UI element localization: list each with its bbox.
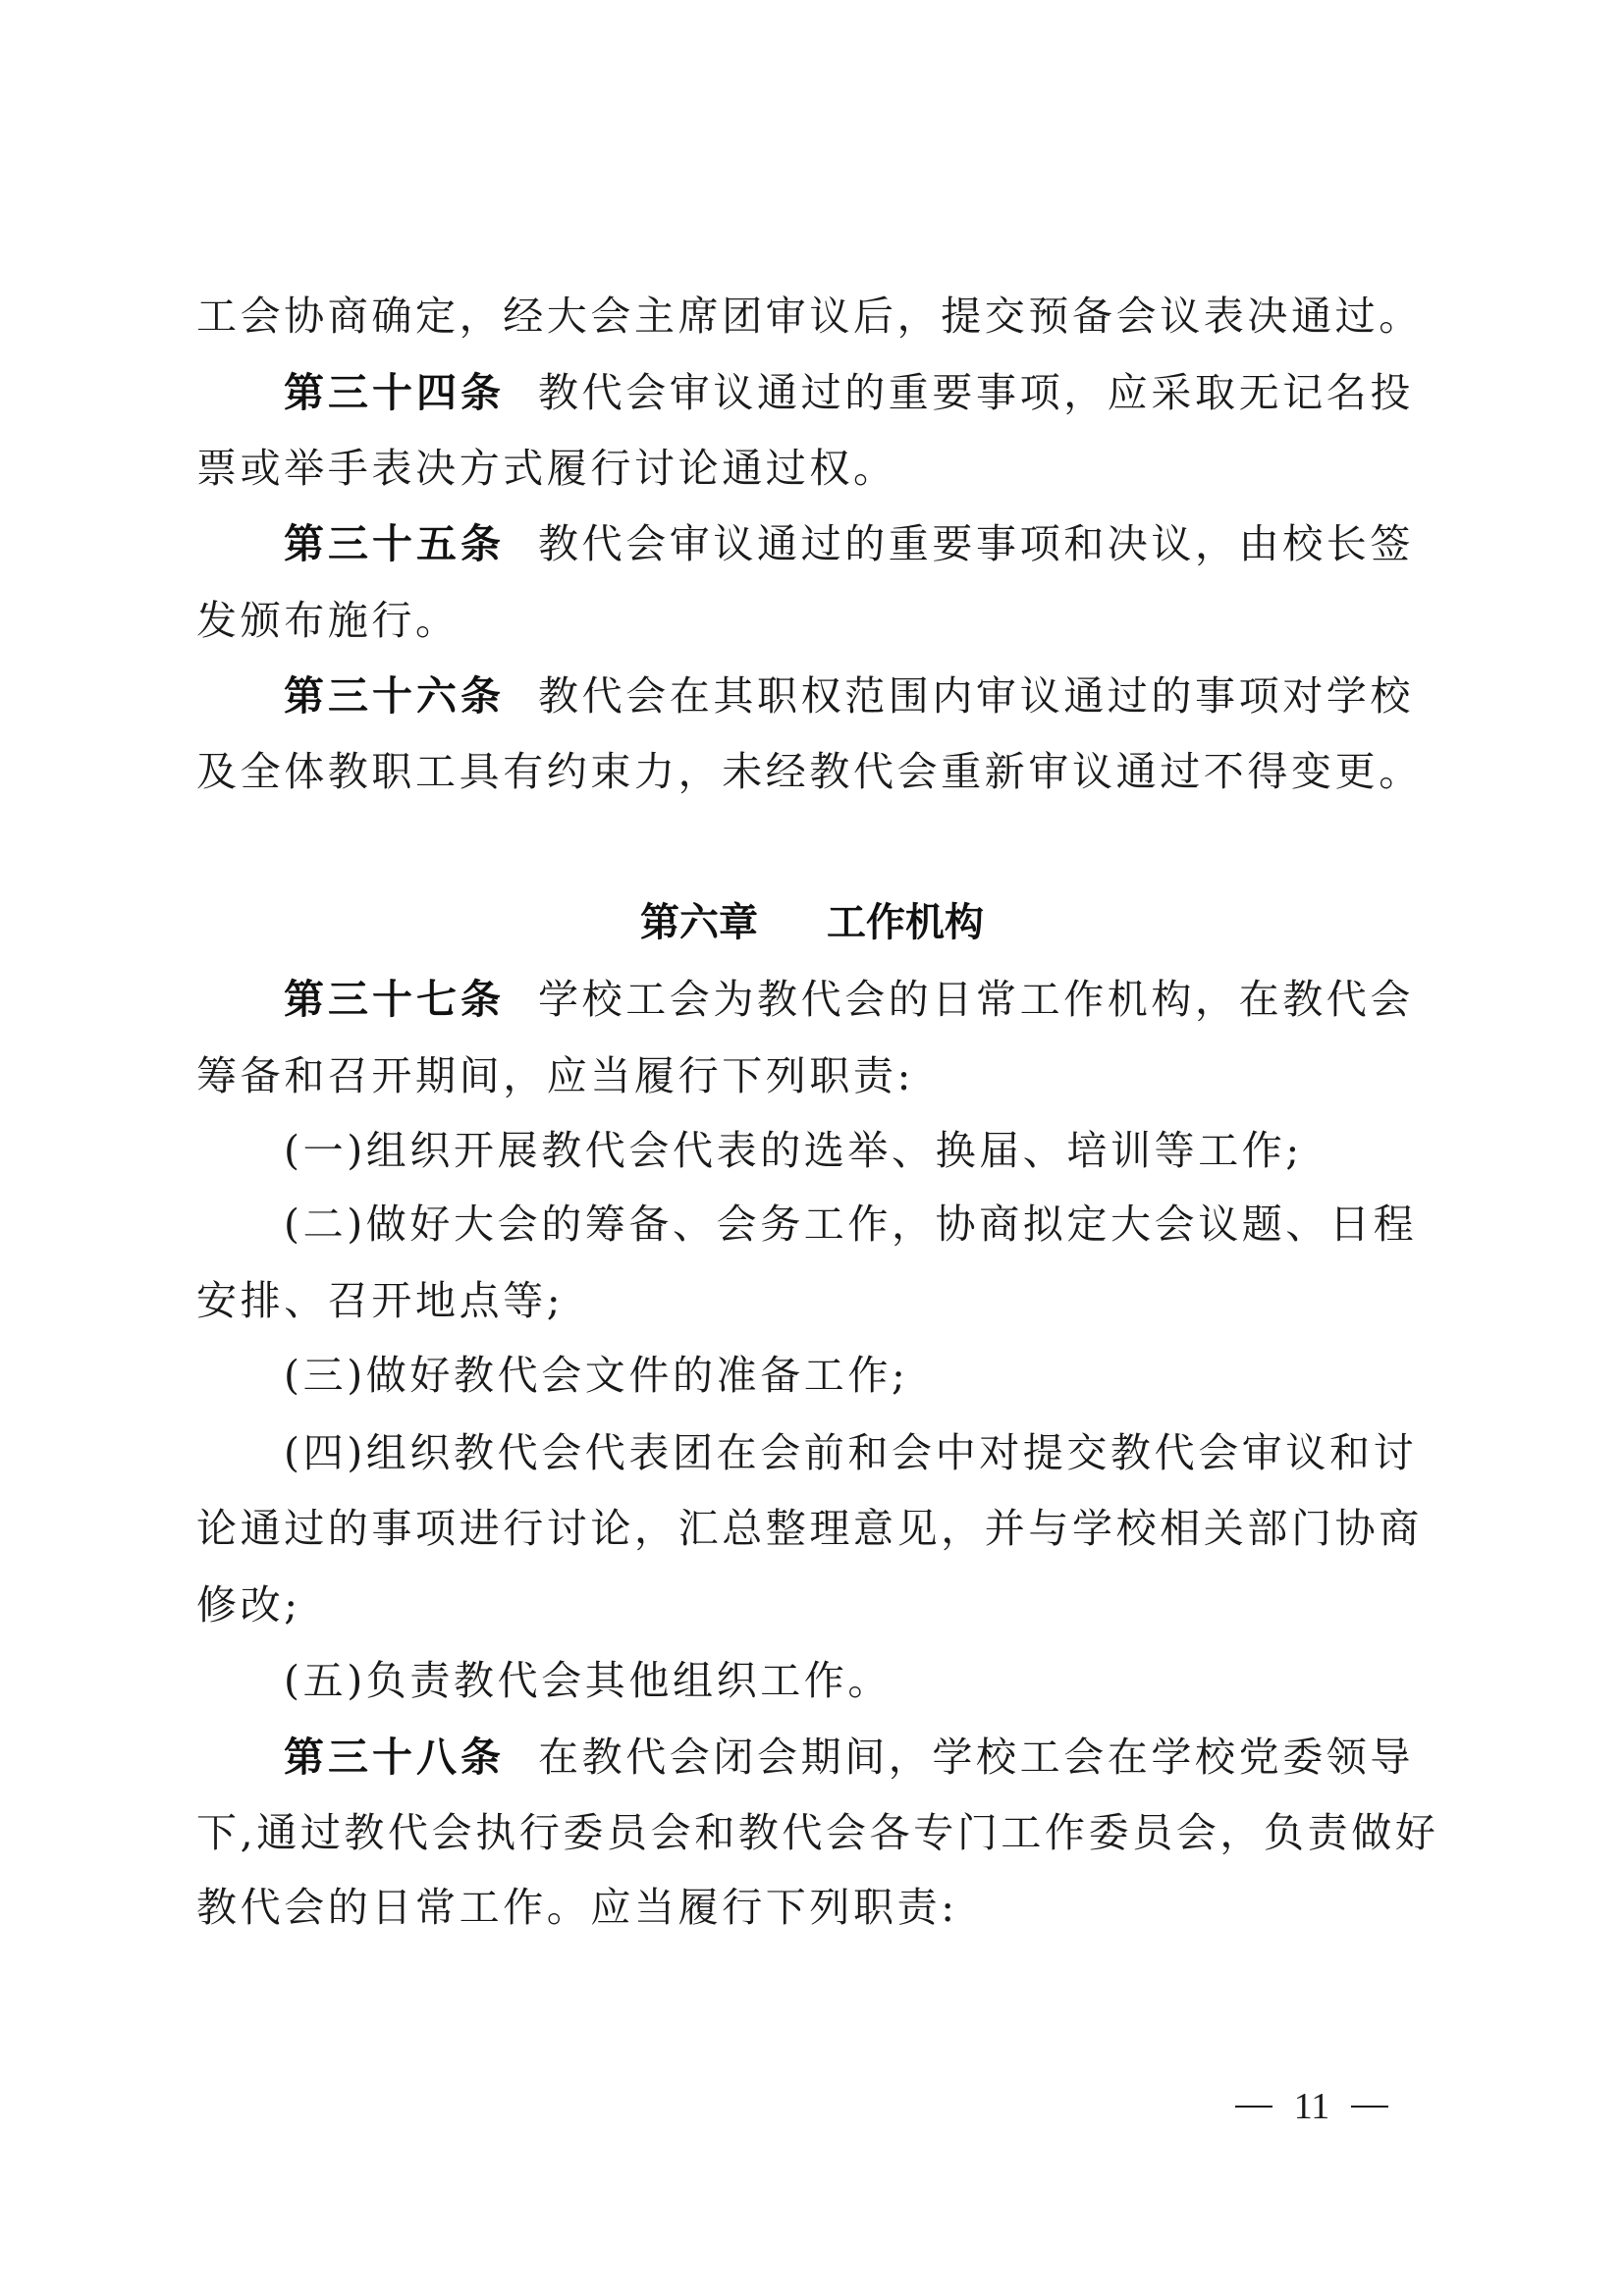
- line-text: 发颁布施行。: [196, 597, 460, 644]
- paragraph-line: 工会协商确定，经大会主席团审议后，提交预备会议表决通过。: [196, 289, 1434, 344]
- article-35-line: 第三十五条教代会审议通过的重要事项和决议，由校长签: [284, 516, 1521, 571]
- page-number-text: 11: [1294, 2085, 1330, 2128]
- line-text: (二)做好大会的筹备、会务工作，协商拟定大会议题、日程: [284, 1201, 1417, 1248]
- line-text: 论通过的事项进行讨论，汇总整理意见，并与学校相关部门协商: [196, 1505, 1423, 1552]
- dash-right: [1351, 2106, 1388, 2108]
- paragraph-line: 及全体教职工具有约束力，未经教代会重新审议通过不得变更。: [196, 744, 1434, 799]
- chapter-title: 工作机构: [827, 895, 984, 950]
- line-text: (四)组织教代会代表团在会前和会中对提交教代会审议和讨: [284, 1429, 1417, 1476]
- list-item: (二)做好大会的筹备、会务工作，协商拟定大会议题、日程: [284, 1197, 1521, 1252]
- line-text: 学校工会为教代会的日常工作机构，在教代会: [538, 976, 1414, 1023]
- line-text: 工会协商确定，经大会主席团审议后，提交预备会议表决通过。: [196, 293, 1423, 340]
- list-item: (五)负责教代会其他组织工作。: [284, 1653, 1521, 1708]
- line-text: 及全体教职工具有约束力，未经教代会重新审议通过不得变更。: [196, 748, 1423, 795]
- paragraph-line: 教代会的日常工作。应当履行下列职责:: [196, 1880, 1434, 1935]
- line-text: 教代会的日常工作。应当履行下列职责:: [196, 1884, 958, 1931]
- paragraph-line: 论通过的事项进行讨论，汇总整理意见，并与学校相关部门协商: [196, 1501, 1434, 1556]
- line-text: 教代会审议通过的重要事项和决议，由校长签: [538, 520, 1414, 567]
- list-item: (三)做好教代会文件的准备工作;: [284, 1348, 1521, 1403]
- paragraph-line: 发颁布施行。: [196, 593, 1434, 648]
- line-text: (一)组织开展教代会代表的选举、换届、培训等工作;: [284, 1127, 1303, 1174]
- line-text: 修改;: [196, 1581, 301, 1629]
- line-text: 筹备和召开期间，应当履行下列职责:: [196, 1052, 914, 1099]
- chapter-heading: 第六章工作机构: [0, 895, 1624, 950]
- line-text: 安排、召开地点等;: [196, 1277, 564, 1324]
- article-number: 第三十六条: [284, 672, 505, 720]
- line-text: (五)负责教代会其他组织工作。: [284, 1657, 892, 1704]
- page-number: 11: [1235, 2083, 1388, 2130]
- list-item: (四)组织教代会代表团在会前和会中对提交教代会审议和讨: [284, 1425, 1521, 1480]
- article-37-line: 第三十七条学校工会为教代会的日常工作机构，在教代会: [284, 972, 1521, 1027]
- line-text: 票或举手表决方式履行讨论通过权。: [196, 445, 897, 492]
- article-36-line: 第三十六条教代会在其职权范围内审议通过的事项对学校: [284, 668, 1521, 723]
- list-item: (一)组织开展教代会代表的选举、换届、培训等工作;: [284, 1123, 1521, 1178]
- article-number: 第三十五条: [284, 520, 505, 567]
- document-page: 工会协商确定，经大会主席团审议后，提交预备会议表决通过。 第三十四条教代会审议通…: [0, 0, 1624, 2296]
- paragraph-line: 票或举手表决方式履行讨论通过权。: [196, 441, 1434, 496]
- article-number: 第三十七条: [284, 976, 505, 1023]
- paragraph-line: 下,通过教代会执行委员会和教代会各专门工作委员会，负责做好: [196, 1805, 1434, 1860]
- chapter-number: 第六章: [640, 895, 758, 950]
- line-text: 教代会审议通过的重要事项，应采取无记名投: [538, 369, 1414, 416]
- line-text: 下,通过教代会执行委员会和教代会各专门工作委员会，负责做好: [196, 1809, 1438, 1856]
- paragraph-line: 安排、召开地点等;: [196, 1273, 1434, 1328]
- line-text: 在教代会闭会期间，学校工会在学校党委领导: [538, 1734, 1414, 1781]
- dash-left: [1235, 2106, 1272, 2108]
- line-text: (三)做好教代会文件的准备工作;: [284, 1352, 908, 1399]
- line-text: 教代会在其职权范围内审议通过的事项对学校: [538, 672, 1414, 720]
- article-number: 第三十四条: [284, 369, 505, 416]
- paragraph-line: 筹备和召开期间，应当履行下列职责:: [196, 1048, 1434, 1103]
- paragraph-line: 修改;: [196, 1577, 1434, 1632]
- article-38-line: 第三十八条在教代会闭会期间，学校工会在学校党委领导: [284, 1730, 1521, 1785]
- article-number: 第三十八条: [284, 1734, 505, 1781]
- article-34-line: 第三十四条教代会审议通过的重要事项，应采取无记名投: [284, 365, 1521, 420]
